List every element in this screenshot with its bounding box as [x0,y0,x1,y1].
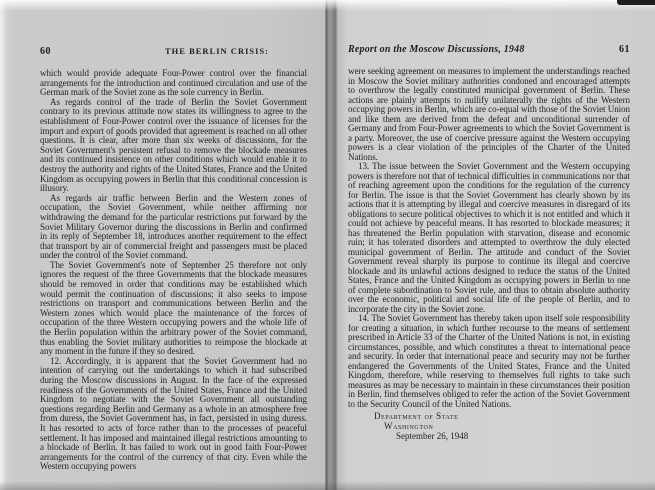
right-running-head: Report on the Moscow Discussions, 1948 6… [348,44,630,55]
page-left: 60 THE BERLIN CRISIS: which would provid… [0,0,326,490]
page-right: Report on the Moscow Discussions, 1948 6… [338,0,655,490]
scan-corner-mark [617,0,655,5]
left-page-number: 60 [40,46,51,57]
paragraph: The Soviet Government's note of Septembe… [40,261,307,357]
book-scan: 60 THE BERLIN CRISIS: which would provid… [0,0,655,490]
paragraph: which would provide adequate Four-Power … [40,69,307,98]
paragraph: 13. The issue between the Soviet Governm… [348,162,630,314]
page-gutter-shadow [325,0,338,490]
right-page-body: were seeking agreement on measures to im… [348,67,630,409]
signature-date: September 26, 1948 [396,432,630,442]
left-running-head: 60 THE BERLIN CRISIS: [40,46,307,57]
right-page-number: 61 [619,44,630,55]
paragraph: 12. Accordingly, it is apparent that the… [40,357,307,472]
paragraph: were seeking agreement on measures to im… [348,67,630,162]
signature-block: Department of State Washington September… [348,412,630,441]
left-running-title: THE BERLIN CRISIS: [165,46,269,56]
left-page-body: which would provide adequate Four-Power … [40,69,307,472]
paragraph: 14. The Soviet Government has thereby ta… [348,314,630,409]
right-running-title: Report on the Moscow Discussions, 1948 [348,44,525,55]
paragraph: As regards air traffic between Berlin an… [40,194,307,261]
paragraph: As regards control of the trade of Berli… [40,98,307,194]
